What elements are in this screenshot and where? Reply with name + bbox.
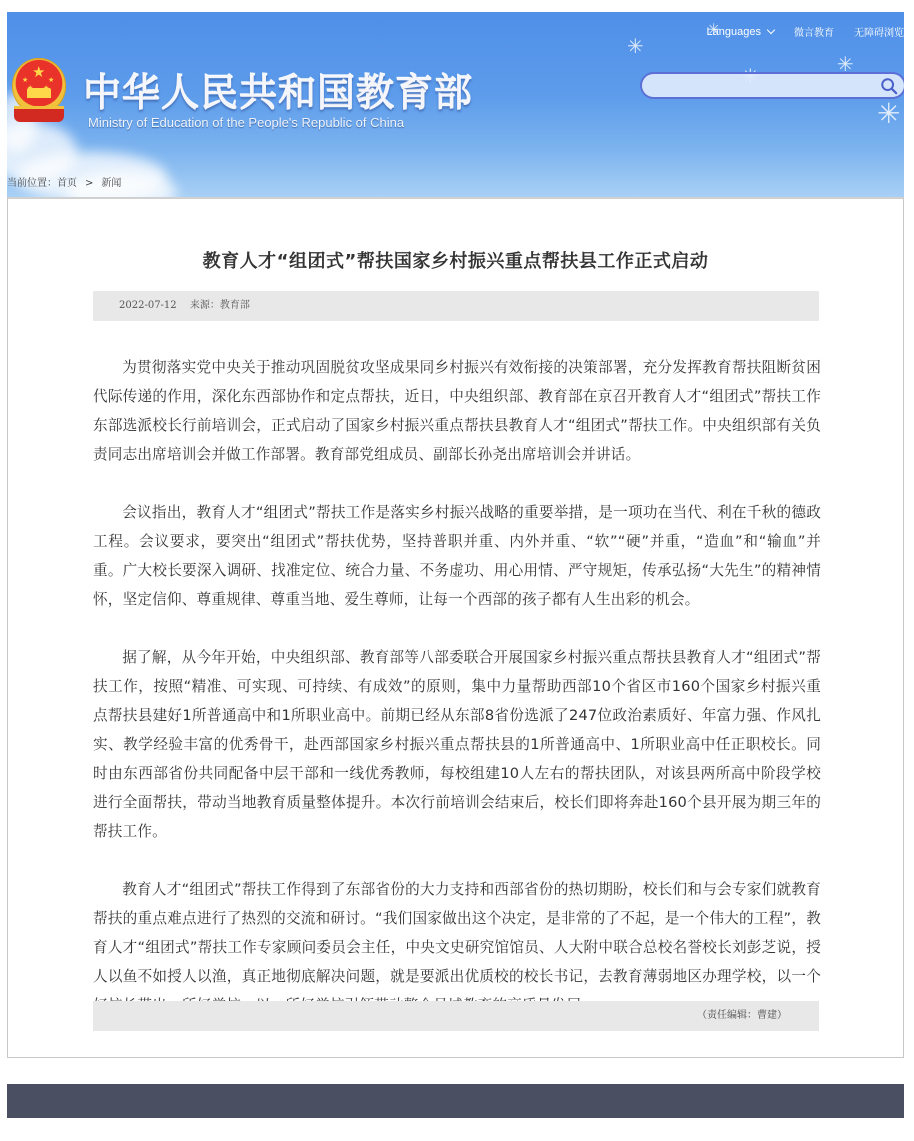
article-meta: 2022-07-12 来源：教育部 <box>93 291 819 321</box>
national-emblem-icon: ★ ★ ★ ★ ★ <box>10 58 68 126</box>
article-source: 来源：教育部 <box>190 300 250 311</box>
site-title: 中华人民共和国教育部 <box>83 62 473 117</box>
article-title: 教育人才“组团式”帮扶国家乡村振兴重点帮扶县工作正式启动 <box>8 247 903 273</box>
article-body: 为贯彻落实党中央关于推动巩固脱贫攻坚成果同乡村振兴有效衔接的决策部署，充分发挥教… <box>93 353 821 1049</box>
search-icon[interactable] <box>880 77 898 95</box>
article-paragraph: 会议指出，教育人才“组团式”帮扶工作是落实乡村振兴战略的重要举措，是一项功在当代… <box>93 498 821 614</box>
weiyan-education-link[interactable]: 微言教育 <box>794 24 834 39</box>
accessibility-link[interactable]: 无障碍浏览 <box>854 24 904 39</box>
article-paragraph: 据了解，从今年开始，中央组织部、教育部等八部委联合开展国家乡村振兴重点帮扶县教育… <box>93 643 821 846</box>
dandelion-decoration: ✳ <box>877 97 900 130</box>
breadcrumb-separator: > <box>85 178 93 189</box>
article-date: 2022-07-12 <box>119 300 177 311</box>
breadcrumb-label: 当前位置： <box>7 174 57 189</box>
article-paragraph: 教育人才“组团式”帮扶工作得到了东部省份的大力支持和西部省份的热切期盼，校长们和… <box>93 875 821 1020</box>
search-input[interactable] <box>652 76 872 95</box>
breadcrumb-home[interactable]: 首页 <box>57 174 77 189</box>
dandelion-decoration: ✳ <box>627 34 644 58</box>
breadcrumb-news[interactable]: 新闻 <box>101 174 121 189</box>
top-links: Languages 微言教育 无障碍浏览 <box>707 24 904 39</box>
chevron-down-icon <box>767 26 775 34</box>
site-banner: ✳ ✳ ✳ ✳ ✳ ★ ★ ★ ★ ★ 中华人民共和国教育部 Ministry … <box>7 12 904 197</box>
search-box <box>640 72 904 99</box>
article-container: 教育人才“组团式”帮扶国家乡村振兴重点帮扶县工作正式启动 2022-07-12 … <box>7 197 904 1058</box>
editor-credit: （责任编辑：曹建） <box>93 1001 819 1031</box>
article-paragraph: 为贯彻落实党中央关于推动巩固脱贫攻坚成果同乡村振兴有效衔接的决策部署，充分发挥教… <box>93 353 821 469</box>
languages-dropdown[interactable]: Languages <box>707 26 774 38</box>
languages-label: Languages <box>707 26 761 38</box>
site-subtitle: Ministry of Education of the People's Re… <box>88 115 404 130</box>
page-footer <box>7 1084 904 1118</box>
breadcrumb: 当前位置：首页>新闻 <box>7 174 121 189</box>
